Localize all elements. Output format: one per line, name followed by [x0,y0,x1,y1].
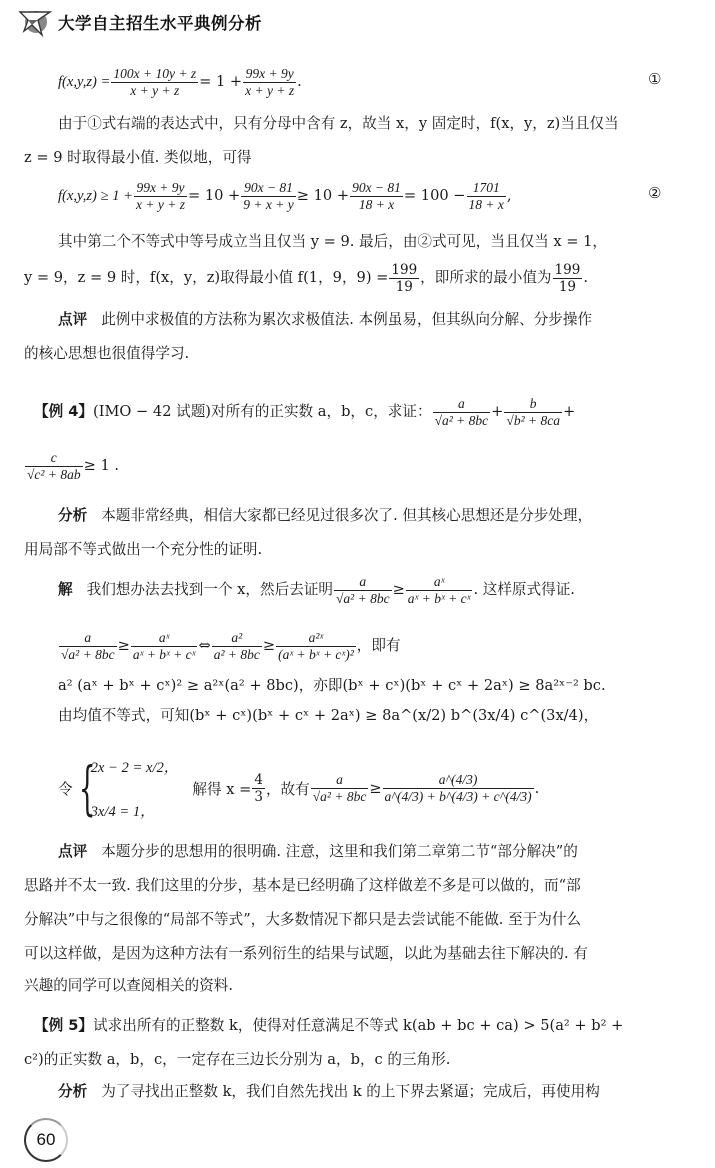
eq2-op-3: = 100 − [404,186,466,206]
book-title: 大学自主招生水平典例分析 [58,10,262,34]
inequality-line: a² (aˣ + bˣ + cˣ)² ≥ a²ˣ(a² + 8bc)，亦即(bˣ… [58,676,715,696]
example-5-label: 【例 5】 [34,1017,93,1034]
comment-1-line-1: 点评此例中求极值的方法称为累次求极值法. 本例虽易，但其纵向分解、分步操作 [58,310,715,330]
solution-text-a: 我们想办法去找到一个 x，然后去证明 [87,580,333,600]
system-rows: 2x − 2 = x/2， 3x/4 = 1， [91,746,179,830]
example-5-line-1: 【例 5】试求出所有的正整数 k，使得对任意满足不等式 k(ab + bc + … [34,1016,710,1036]
page-number: 60 [24,1118,68,1162]
solution-fraction-2: aˣaˣ + bˣ + cˣ [406,574,473,607]
eq2-fraction-4: 170118 + x [467,180,506,213]
comment-2-text-1: 本题分步的思想用的很明确. 注意，这里和我们第二章第二节“部分解决”的 [101,843,578,860]
paragraph-1-line-1: 由于①式右端的表达式中，只有分母中含有 z，故当 x，y 固定时，f(x，y，z… [58,114,715,134]
eq2-fraction-1: 99x + 9yx + y + z [134,180,187,213]
example-4-term-3: c√c² + 8ab [25,450,83,483]
comment-label: 点评 [58,311,87,328]
let-text: 令 [58,778,73,799]
plus-1: + [491,402,503,422]
analysis-label-2: 分析 [58,1083,87,1100]
system-row-2: 3x/4 = 1， [91,790,179,830]
eq1-end: . [297,72,302,92]
system-end: . [535,780,540,797]
solution-line-1: 解 我们想办法去找到一个 x，然后去证明 a√a² + 8bc ≥ aˣaˣ +… [58,568,715,612]
example-4-statement-cont: c√c² + 8ab ≥ 1 . [24,446,700,486]
eq2-end: , [507,186,512,206]
system-row-1: 2x − 2 = x/2， [91,746,179,786]
am-gm-line: 由均值不等式，可知(bˣ + cˣ)(bˣ + cˣ + 2aˣ) ≥ 8a^(… [58,706,715,726]
para2-fraction-2: 19919 [553,262,583,295]
equation-label-1: ① [648,70,661,88]
eq2-fraction-2: 90x − 819 + x + y [241,180,295,213]
eq2-lhs: f(x,y,z) ≥ 1 + [58,186,133,206]
comment-2-line-2: 思路并不太一致. 我们这里的分步，基本是已经明确了这样做差不多是可以做的，而“部 [24,876,700,896]
example-5-text-1: 试求出所有的正整数 k，使得对任意满足不等式 k(ab + bc + ca) >… [93,1017,623,1034]
equiv-fraction-3: a²a² + 8bc [212,630,262,663]
eq1-lhs: f(x,y,z) = [58,72,110,92]
equation-system: 令 { 2x − 2 = x/2， 3x/4 = 1， 解得 x = 43 ，故… [58,746,539,830]
left-brace-icon: { [78,759,84,817]
analysis-5-line-1: 分析为了寻找出正整数 k，我们自然先找出 k 的上下界去紧逼；完成后，再使用构 [58,1082,715,1102]
analysis-5-text-1: 为了寻找出正整数 k，我们自然先找出 k 的上下界去紧逼；完成后，再使用构 [101,1083,600,1100]
page-header: 大学自主招生水平典例分析 [18,6,262,38]
plus-2: + [563,402,575,422]
comment-2-line-4: 可以这样做，是因为这种方法有一系列衍生的结果与试题，以此为基础去往下解决的. 有 [24,944,700,964]
para2-end: . [583,268,588,288]
analysis-4-line-2: 用局部不等式做出一个充分性的证明. [24,540,700,560]
para2-text-a: y = 9，z = 9 时，f(x，y，z)取得最小值 f(1，9，9) = [24,268,388,288]
comment-label-2: 点评 [58,843,87,860]
equation-1: f(x,y,z) = 100x + 10y + zx + y + z = 1 +… [58,62,715,102]
solution-fraction-1: a√a² + 8bc [334,574,392,607]
solve-text: 解得 x = [192,778,251,799]
example-4-statement: 【例 4】 (IMO − 42 试题)对所有的正实数 a，b，c，求证： a√a… [34,392,710,432]
x-value-fraction: 43 [252,772,265,805]
eq1-fraction-2: 99x + 9yx + y + z [243,66,296,99]
comment-1-line-2: 的核心思想也很值得学习. [24,344,700,364]
comment-2-line-5: 兴趣的同学可以查阅相关的资料. [24,976,700,996]
therefore-text: ，故有 [266,778,310,799]
equiv-end: ，即有 [357,636,401,656]
equation-label-2: ② [648,184,661,202]
paragraph-2-line-1: 其中第二个不等式中等号成立当且仅当 y = 9. 最后，由②式可见，当且仅当 x… [58,232,715,252]
para2-text-b: ，即所求的最小值为 [420,268,551,288]
result-fraction-2: a^(4/3)a^(4/3) + b^(4/3) + c^(4/3) [383,772,534,805]
comment-2-line-1: 点评本题分步的思想用的很明确. 注意，这里和我们第二章第二节“部分解决”的 [58,842,715,862]
para2-fraction-1: 19919 [389,262,419,295]
book-plane-logo-icon [18,7,52,37]
eq2-op-2: ≥ 10 + [297,186,349,206]
example-4-label: 【例 4】 [34,402,93,422]
comment-2-line-3: 分解决”中与之很像的“局部不等式”，大多数情况下都只是去尝试能不能做. 至于为什… [24,910,700,930]
comment-1-text-1: 此例中求极值的方法称为累次求极值法. 本例虽易，但其纵向分解、分步操作 [101,311,592,328]
example-4-term-2: b√b² + 8ca [504,396,562,429]
eq2-op-1: = 10 + [188,186,240,206]
result-fraction-1: a√a² + 8bc [311,772,369,805]
eq1-fraction-1: 100x + 10y + zx + y + z [111,66,198,99]
analysis-4-line-1: 分析本题非常经典，相信大家都已经见过很多次了. 但其核心思想还是分步处理， [58,506,715,526]
solution-label: 解 [58,580,73,600]
example-4-text: (IMO − 42 试题)对所有的正实数 a，b，c，求证： [93,402,432,422]
equiv-fraction-2: aˣaˣ + bˣ + cˣ [131,630,198,663]
eq2-fraction-3: 90x − 8118 + x [350,180,403,213]
analysis-label: 分析 [58,507,87,524]
equiv-fraction-4: a²ˣ(aˣ + bˣ + cˣ)² [276,630,356,663]
paragraph-1-line-2: z = 9 时取得最小值. 类似地，可得 [24,148,700,168]
system-result: 解得 x = 43 ，故有 a√a² + 8bc ≥ a^(4/3)a^(4/3… [192,772,539,805]
example-4-end: ≥ 1 . [84,456,119,476]
equation-2: f(x,y,z) ≥ 1 + 99x + 9yx + y + z = 10 + … [58,176,715,216]
paragraph-2-line-2: y = 9，z = 9 时，f(x，y，z)取得最小值 f(1，9，9) = 1… [24,258,700,298]
example-4-term-1: a√a² + 8bc [433,396,491,429]
example-5-line-2: c²)的正实数 a，b，c，一定存在三边长分别为 a，b，c 的三角形. [24,1050,700,1070]
equivalence-line: a√a² + 8bc ≥ aˣaˣ + bˣ + cˣ ⇔ a²a² + 8bc… [58,624,715,668]
analysis-4-text-1: 本题非常经典，相信大家都已经见过很多次了. 但其核心思想还是分步处理， [101,507,592,524]
solution-text-b: . 这样原式得证. [473,580,574,600]
equiv-fraction-1: a√a² + 8bc [59,630,117,663]
eq1-mid: = 1 + [199,72,242,92]
